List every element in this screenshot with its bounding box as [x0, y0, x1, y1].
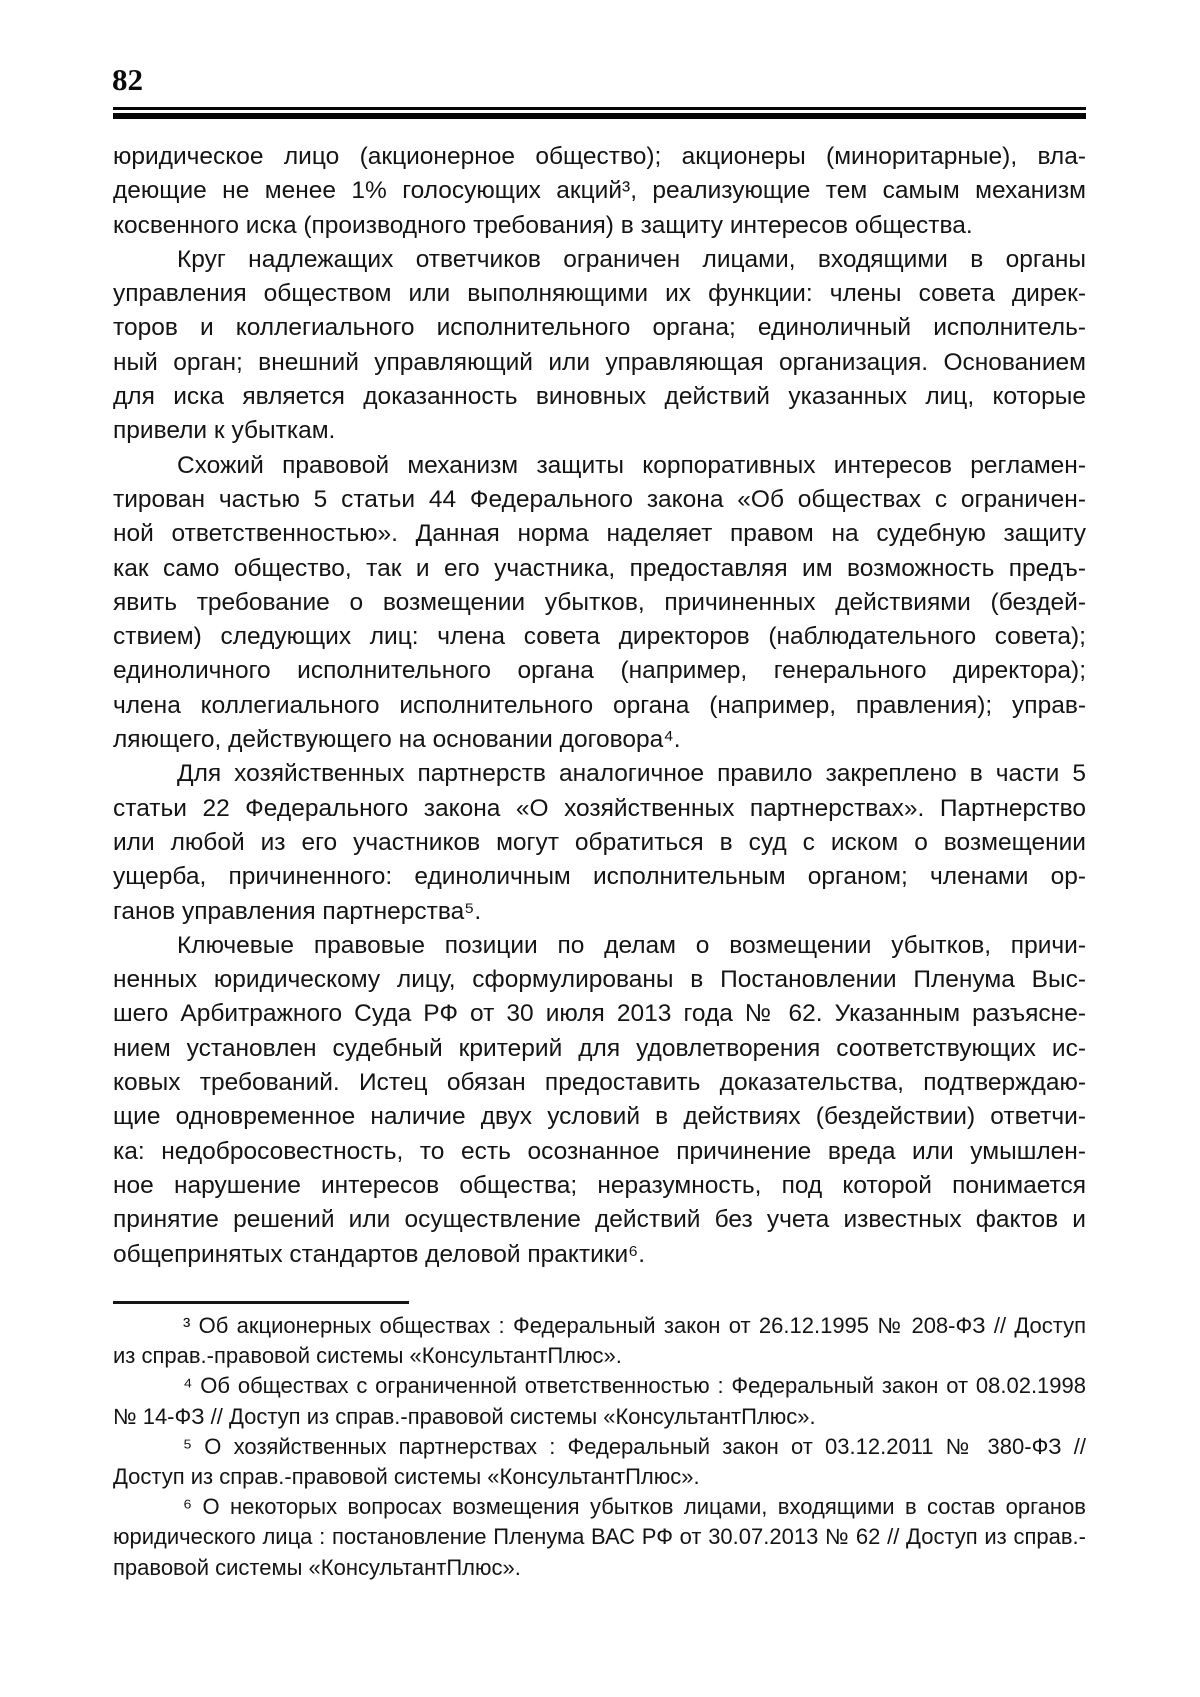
footnote: ⁶ О некоторых вопросах возмещения убытко…	[113, 1492, 1086, 1583]
text-line: ляющего, действующего на основании догов…	[113, 723, 1086, 757]
text-line: статьи 22 Федерального закона «О хозяйст…	[113, 792, 1086, 826]
text-line: юридического лица : постановление Пленум…	[113, 1522, 1086, 1552]
text-line: или любой из его участников могут обрати…	[113, 826, 1086, 860]
text-line: единоличного исполнительного органа (нап…	[113, 654, 1086, 688]
text-line: как само общество, так и его участника, …	[113, 552, 1086, 586]
text-line: привели к убыткам.	[113, 414, 1086, 448]
header-rule	[113, 107, 1086, 119]
text-line: торов и коллегиального исполнительного о…	[113, 311, 1086, 345]
text-line: ковых требований. Истец обязан предостав…	[113, 1066, 1086, 1100]
text-line: ⁴ Об обществах с ограниченной ответствен…	[113, 1371, 1086, 1401]
text-line: Схожий правовой механизм защиты корпорат…	[113, 449, 1086, 483]
text-line: деющие не менее 1% голосующих акций³, ре…	[113, 174, 1086, 208]
text-line: члена коллегиального исполнительного орг…	[113, 689, 1086, 723]
text-line: шего Арбитражного Суда РФ от 30 июля 201…	[113, 997, 1086, 1031]
text-line: ной ответственностью». Данная норма наде…	[113, 517, 1086, 551]
paragraph: Ключевые правовые позиции по делам о воз…	[113, 929, 1086, 1272]
page-number: 82	[112, 64, 143, 95]
text-line: ⁵ О хозяйственных партнерствах : Федерал…	[113, 1432, 1086, 1462]
body-text: юридическое лицо (акционерное общество);…	[113, 140, 1086, 1272]
header-rule-thin-line	[113, 107, 1086, 110]
text-line: явить требование о возмещении убытков, п…	[113, 586, 1086, 620]
text-line: щие одновременное наличие двух условий в…	[113, 1100, 1086, 1134]
footnotes: ³ Об акционерных обществах : Федеральный…	[113, 1311, 1086, 1583]
text-line: № 14-ФЗ // Доступ из справ.-правовой сис…	[113, 1402, 1086, 1432]
document-page: 82 юридическое лицо (акционерное обществ…	[0, 0, 1200, 1697]
footnote: ⁴ Об обществах с ограниченной ответствен…	[113, 1371, 1086, 1431]
text-line: ³ Об акционерных обществах : Федеральный…	[113, 1311, 1086, 1341]
paragraph: юридическое лицо (акционерное общество);…	[113, 140, 1086, 243]
text-line: из справ.-правовой системы «КонсультантП…	[113, 1341, 1086, 1371]
text-line: для иска является доказанность виновных …	[113, 380, 1086, 414]
text-line: общепринятых стандартов деловой практики…	[113, 1238, 1086, 1272]
text-line: ка: недобросовестность, то есть осознанн…	[113, 1135, 1086, 1169]
text-line: ствием) следующих лиц: члена совета дире…	[113, 620, 1086, 654]
text-line: ⁶ О некоторых вопросах возмещения убытко…	[113, 1492, 1086, 1522]
text-line: принятие решений или осуществление дейст…	[113, 1203, 1086, 1237]
text-line: правовой системы «КонсультантПлюс».	[113, 1553, 1086, 1583]
text-line: нием установлен судебный критерий для уд…	[113, 1032, 1086, 1066]
text-line: ущерба, причиненного: единоличным исполн…	[113, 860, 1086, 894]
text-line: юридическое лицо (акционерное общество);…	[113, 140, 1086, 174]
footnote-separator	[113, 1301, 409, 1304]
footnote: ⁵ О хозяйственных партнерствах : Федерал…	[113, 1432, 1086, 1492]
text-line: ганов управления партнерства⁵.	[113, 895, 1086, 929]
text-line: управления обществом или выполняющими их…	[113, 277, 1086, 311]
text-line: ный орган; внешний управляющий или управ…	[113, 346, 1086, 380]
paragraph: Схожий правовой механизм защиты корпорат…	[113, 449, 1086, 758]
footnote: ³ Об акционерных обществах : Федеральный…	[113, 1311, 1086, 1371]
text-line: Ключевые правовые позиции по делам о воз…	[113, 929, 1086, 963]
text-line: Для хозяйственных партнерств аналогичное…	[113, 757, 1086, 791]
paragraph: Для хозяйственных партнерств аналогичное…	[113, 757, 1086, 928]
text-line: Доступ из справ.-правовой системы «Консу…	[113, 1462, 1086, 1492]
text-line: тирован частью 5 статьи 44 Федерального …	[113, 483, 1086, 517]
text-line: Круг надлежащих ответчиков ограничен лиц…	[113, 243, 1086, 277]
text-line: ненных юридическому лицу, сформулированы…	[113, 963, 1086, 997]
paragraph: Круг надлежащих ответчиков ограничен лиц…	[113, 243, 1086, 449]
header-rule-thick-line	[113, 113, 1086, 119]
text-line: ное нарушение интересов общества; неразу…	[113, 1169, 1086, 1203]
text-line: косвенного иска (производного требования…	[113, 209, 1086, 243]
